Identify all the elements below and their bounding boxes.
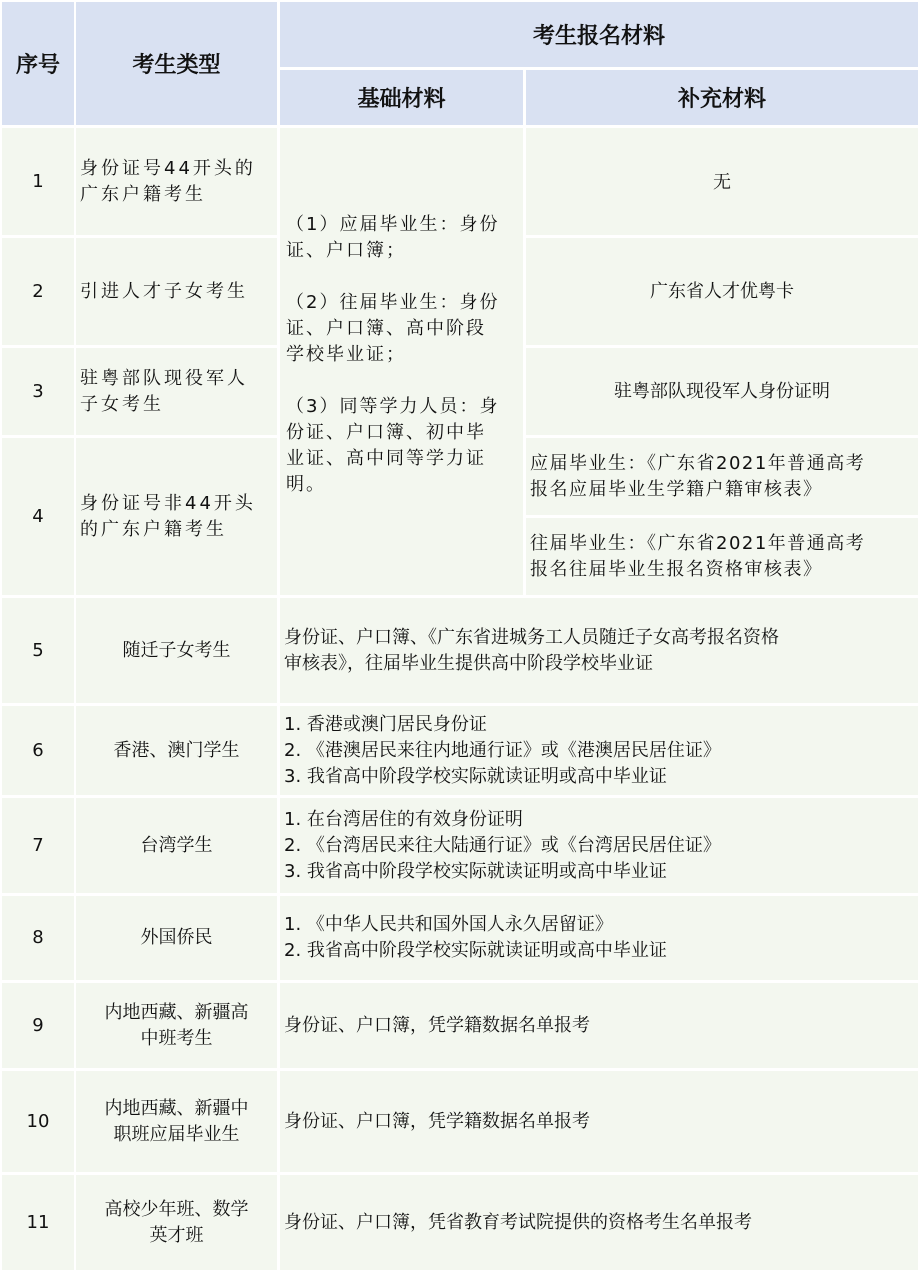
- basic-line: （2）往届毕业生：身份: [286, 290, 499, 316]
- supplementary-line: 应届毕业生：《广东省2021年普通高考: [530, 451, 865, 477]
- type-line: 身份证号44开头的: [80, 156, 256, 182]
- seq-number: 5: [32, 638, 43, 664]
- row-3-type: 驻粤部队现役军人 子女考生: [76, 348, 277, 435]
- row-3-supplementary: 驻粤部队现役军人身份证明: [526, 348, 918, 435]
- row-9-seq: 9: [2, 983, 74, 1068]
- header-seq: 序号: [2, 2, 74, 125]
- materials-line: 2. 我省高中阶段学校实际就读证明或高中毕业证: [284, 938, 667, 964]
- row-1-seq: 1: [2, 128, 74, 235]
- seq-number: 3: [32, 379, 43, 405]
- type-line: 驻粤部队现役军人: [80, 366, 248, 392]
- row-7-type: 台湾学生: [76, 798, 277, 893]
- supplementary-text: 无: [713, 170, 731, 196]
- seq-number: 11: [27, 1210, 50, 1236]
- materials-line: 3. 我省高中阶段学校实际就读证明或高中毕业证: [284, 764, 721, 790]
- type-text: 随迁子女考生: [123, 638, 231, 664]
- supplementary-line: 报名往届毕业生报名资格审核表》: [530, 557, 865, 583]
- type-line: 中班考生: [105, 1026, 249, 1052]
- row-7-seq: 7: [2, 798, 74, 893]
- seq-number: 2: [32, 279, 43, 305]
- row-6-type: 香港、澳门学生: [76, 706, 277, 795]
- supplementary-text: 往届毕业生：《广东省2021年普通高考 报名往届毕业生报名资格审核表》: [530, 531, 865, 583]
- row-7-materials: 1. 在台湾居住的有效身份证明 2. 《台湾居民来往大陆通行证》或《台湾居民居住…: [280, 798, 918, 893]
- materials-line: 身份证、户口簿，凭省教育考试院提供的资格考生名单报考: [284, 1210, 752, 1236]
- type-line: 子女考生: [80, 392, 248, 418]
- header-materials: 考生报名材料: [280, 2, 918, 67]
- row-4-seq: 4: [2, 438, 74, 595]
- type-line: 广东户籍考生: [80, 182, 256, 208]
- type-text: 内地西藏、新疆高 中班考生: [105, 1000, 249, 1052]
- basic-line: （3）同等学力人员：身: [286, 394, 499, 420]
- header-supplementary-label: 补充材料: [678, 82, 766, 113]
- supplementary-text: 广东省人才优粤卡: [650, 279, 794, 305]
- row-11-seq: 11: [2, 1175, 74, 1270]
- seq-number: 9: [32, 1013, 43, 1039]
- basic-line: 证、户口簿；: [286, 238, 499, 264]
- type-text: 身份证号非44开头 的广东户籍考生: [80, 491, 256, 543]
- basic-line-gap: [286, 368, 499, 394]
- row-4-supplementary-current: 应届毕业生：《广东省2021年普通高考 报名应届毕业生学籍户籍审核表》: [526, 438, 918, 515]
- basic-line: 业证、高中同等学力证: [286, 446, 499, 472]
- materials-line: 审核表》，往届毕业生提供高中阶段学校毕业证: [284, 651, 779, 677]
- materials-line: 1. 《中华人民共和国外国人永久居留证》: [284, 912, 667, 938]
- seq-number: 7: [32, 833, 43, 859]
- header-seq-label: 序号: [16, 48, 60, 79]
- row-10-seq: 10: [2, 1071, 74, 1172]
- materials-line: 1. 香港或澳门居民身份证: [284, 712, 721, 738]
- seq-number: 8: [32, 925, 43, 951]
- header-basic-label: 基础材料: [357, 82, 445, 113]
- basic-line-gap: [286, 264, 499, 290]
- header-supplementary: 补充材料: [526, 70, 918, 125]
- basic-line: 份证、户口簿、初中毕: [286, 420, 499, 446]
- type-text: 外国侨民: [141, 925, 213, 951]
- materials-line: 2. 《港澳居民来往内地通行证》或《港澳居民居住证》: [284, 738, 721, 764]
- materials-line: 1. 在台湾居住的有效身份证明: [284, 807, 721, 833]
- type-line: 职班应届毕业生: [105, 1122, 249, 1148]
- seq-number: 4: [32, 504, 43, 530]
- type-text: 引进人才子女考生: [80, 279, 248, 305]
- type-line: 英才班: [105, 1223, 249, 1249]
- basic-line: 明。: [286, 472, 499, 498]
- row-1-supplementary: 无: [526, 128, 918, 235]
- row-2-seq: 2: [2, 238, 74, 345]
- materials-text: 身份证、户口簿、《广东省进城务工人员随迁子女高考报名资格 审核表》，往届毕业生提…: [284, 625, 779, 677]
- row-2-supplementary: 广东省人才优粤卡: [526, 238, 918, 345]
- shared-basic-materials: （1）应届毕业生：身份 证、户口簿； （2）往届毕业生：身份 证、户口簿、高中阶…: [280, 128, 523, 595]
- row-10-type: 内地西藏、新疆中 职班应届毕业生: [76, 1071, 277, 1172]
- materials-text: 1. 《中华人民共和国外国人永久居留证》 2. 我省高中阶段学校实际就读证明或高…: [284, 912, 667, 964]
- materials-line: 2. 《台湾居民来往大陆通行证》或《台湾居民居住证》: [284, 833, 721, 859]
- row-11-materials: 身份证、户口簿，凭省教育考试院提供的资格考生名单报考: [280, 1175, 918, 1270]
- materials-text: 1. 在台湾居住的有效身份证明 2. 《台湾居民来往大陆通行证》或《台湾居民居住…: [284, 807, 721, 885]
- seq-number: 1: [32, 169, 43, 195]
- seq-number: 6: [32, 738, 43, 764]
- seq-number: 10: [27, 1109, 50, 1135]
- type-text: 身份证号44开头的 广东户籍考生: [80, 156, 256, 208]
- row-1-type: 身份证号44开头的 广东户籍考生: [76, 128, 277, 235]
- row-4-supplementary-previous: 往届毕业生：《广东省2021年普通高考 报名往届毕业生报名资格审核表》: [526, 518, 918, 595]
- row-5-materials: 身份证、户口簿、《广东省进城务工人员随迁子女高考报名资格 审核表》，往届毕业生提…: [280, 598, 918, 703]
- supplementary-line: 往届毕业生：《广东省2021年普通高考: [530, 531, 865, 557]
- type-line: 的广东户籍考生: [80, 517, 256, 543]
- row-9-type: 内地西藏、新疆高 中班考生: [76, 983, 277, 1068]
- type-text: 驻粤部队现役军人 子女考生: [80, 366, 248, 418]
- type-line: 内地西藏、新疆高: [105, 1000, 249, 1026]
- row-10-materials: 身份证、户口簿，凭学籍数据名单报考: [280, 1071, 918, 1172]
- basic-line: （1）应届毕业生：身份: [286, 212, 499, 238]
- row-4-type: 身份证号非44开头 的广东户籍考生: [76, 438, 277, 595]
- type-text: 台湾学生: [141, 833, 213, 859]
- type-line: 引进人才子女考生: [80, 279, 248, 305]
- row-5-type: 随迁子女考生: [76, 598, 277, 703]
- header-type-label: 考生类型: [132, 48, 220, 79]
- type-line: 内地西藏、新疆中: [105, 1096, 249, 1122]
- supplementary-line: 报名应届毕业生学籍户籍审核表》: [530, 477, 865, 503]
- row-6-seq: 6: [2, 706, 74, 795]
- row-8-materials: 1. 《中华人民共和国外国人永久居留证》 2. 我省高中阶段学校实际就读证明或高…: [280, 896, 918, 980]
- row-8-type: 外国侨民: [76, 896, 277, 980]
- type-text: 香港、澳门学生: [114, 738, 240, 764]
- row-5-seq: 5: [2, 598, 74, 703]
- row-3-seq: 3: [2, 348, 74, 435]
- basic-line: 证、户口簿、高中阶段: [286, 316, 499, 342]
- type-line: 身份证号非44开头: [80, 491, 256, 517]
- materials-line: 身份证、户口簿、《广东省进城务工人员随迁子女高考报名资格: [284, 625, 779, 651]
- materials-line: 3. 我省高中阶段学校实际就读证明或高中毕业证: [284, 859, 721, 885]
- row-2-type: 引进人才子女考生: [76, 238, 277, 345]
- row-9-materials: 身份证、户口簿，凭学籍数据名单报考: [280, 983, 918, 1068]
- row-8-seq: 8: [2, 896, 74, 980]
- materials-text: 1. 香港或澳门居民身份证 2. 《港澳居民来往内地通行证》或《港澳居民居住证》…: [284, 712, 721, 790]
- header-type: 考生类型: [76, 2, 277, 125]
- type-text: 内地西藏、新疆中 职班应届毕业生: [105, 1096, 249, 1148]
- basic-materials-text: （1）应届毕业生：身份 证、户口簿； （2）往届毕业生：身份 证、户口簿、高中阶…: [286, 212, 499, 498]
- row-6-materials: 1. 香港或澳门居民身份证 2. 《港澳居民来往内地通行证》或《港澳居民居住证》…: [280, 706, 918, 795]
- header-materials-label: 考生报名材料: [533, 19, 665, 50]
- supplementary-text: 驻粤部队现役军人身份证明: [614, 379, 830, 405]
- type-text: 高校少年班、数学 英才班: [105, 1197, 249, 1249]
- supplementary-text: 应届毕业生：《广东省2021年普通高考 报名应届毕业生学籍户籍审核表》: [530, 451, 865, 503]
- materials-line: 身份证、户口簿，凭学籍数据名单报考: [284, 1013, 590, 1039]
- header-basic: 基础材料: [280, 70, 523, 125]
- basic-line: 学校毕业证；: [286, 342, 499, 368]
- type-line: 高校少年班、数学: [105, 1197, 249, 1223]
- row-11-type: 高校少年班、数学 英才班: [76, 1175, 277, 1270]
- materials-line: 身份证、户口簿，凭学籍数据名单报考: [284, 1109, 590, 1135]
